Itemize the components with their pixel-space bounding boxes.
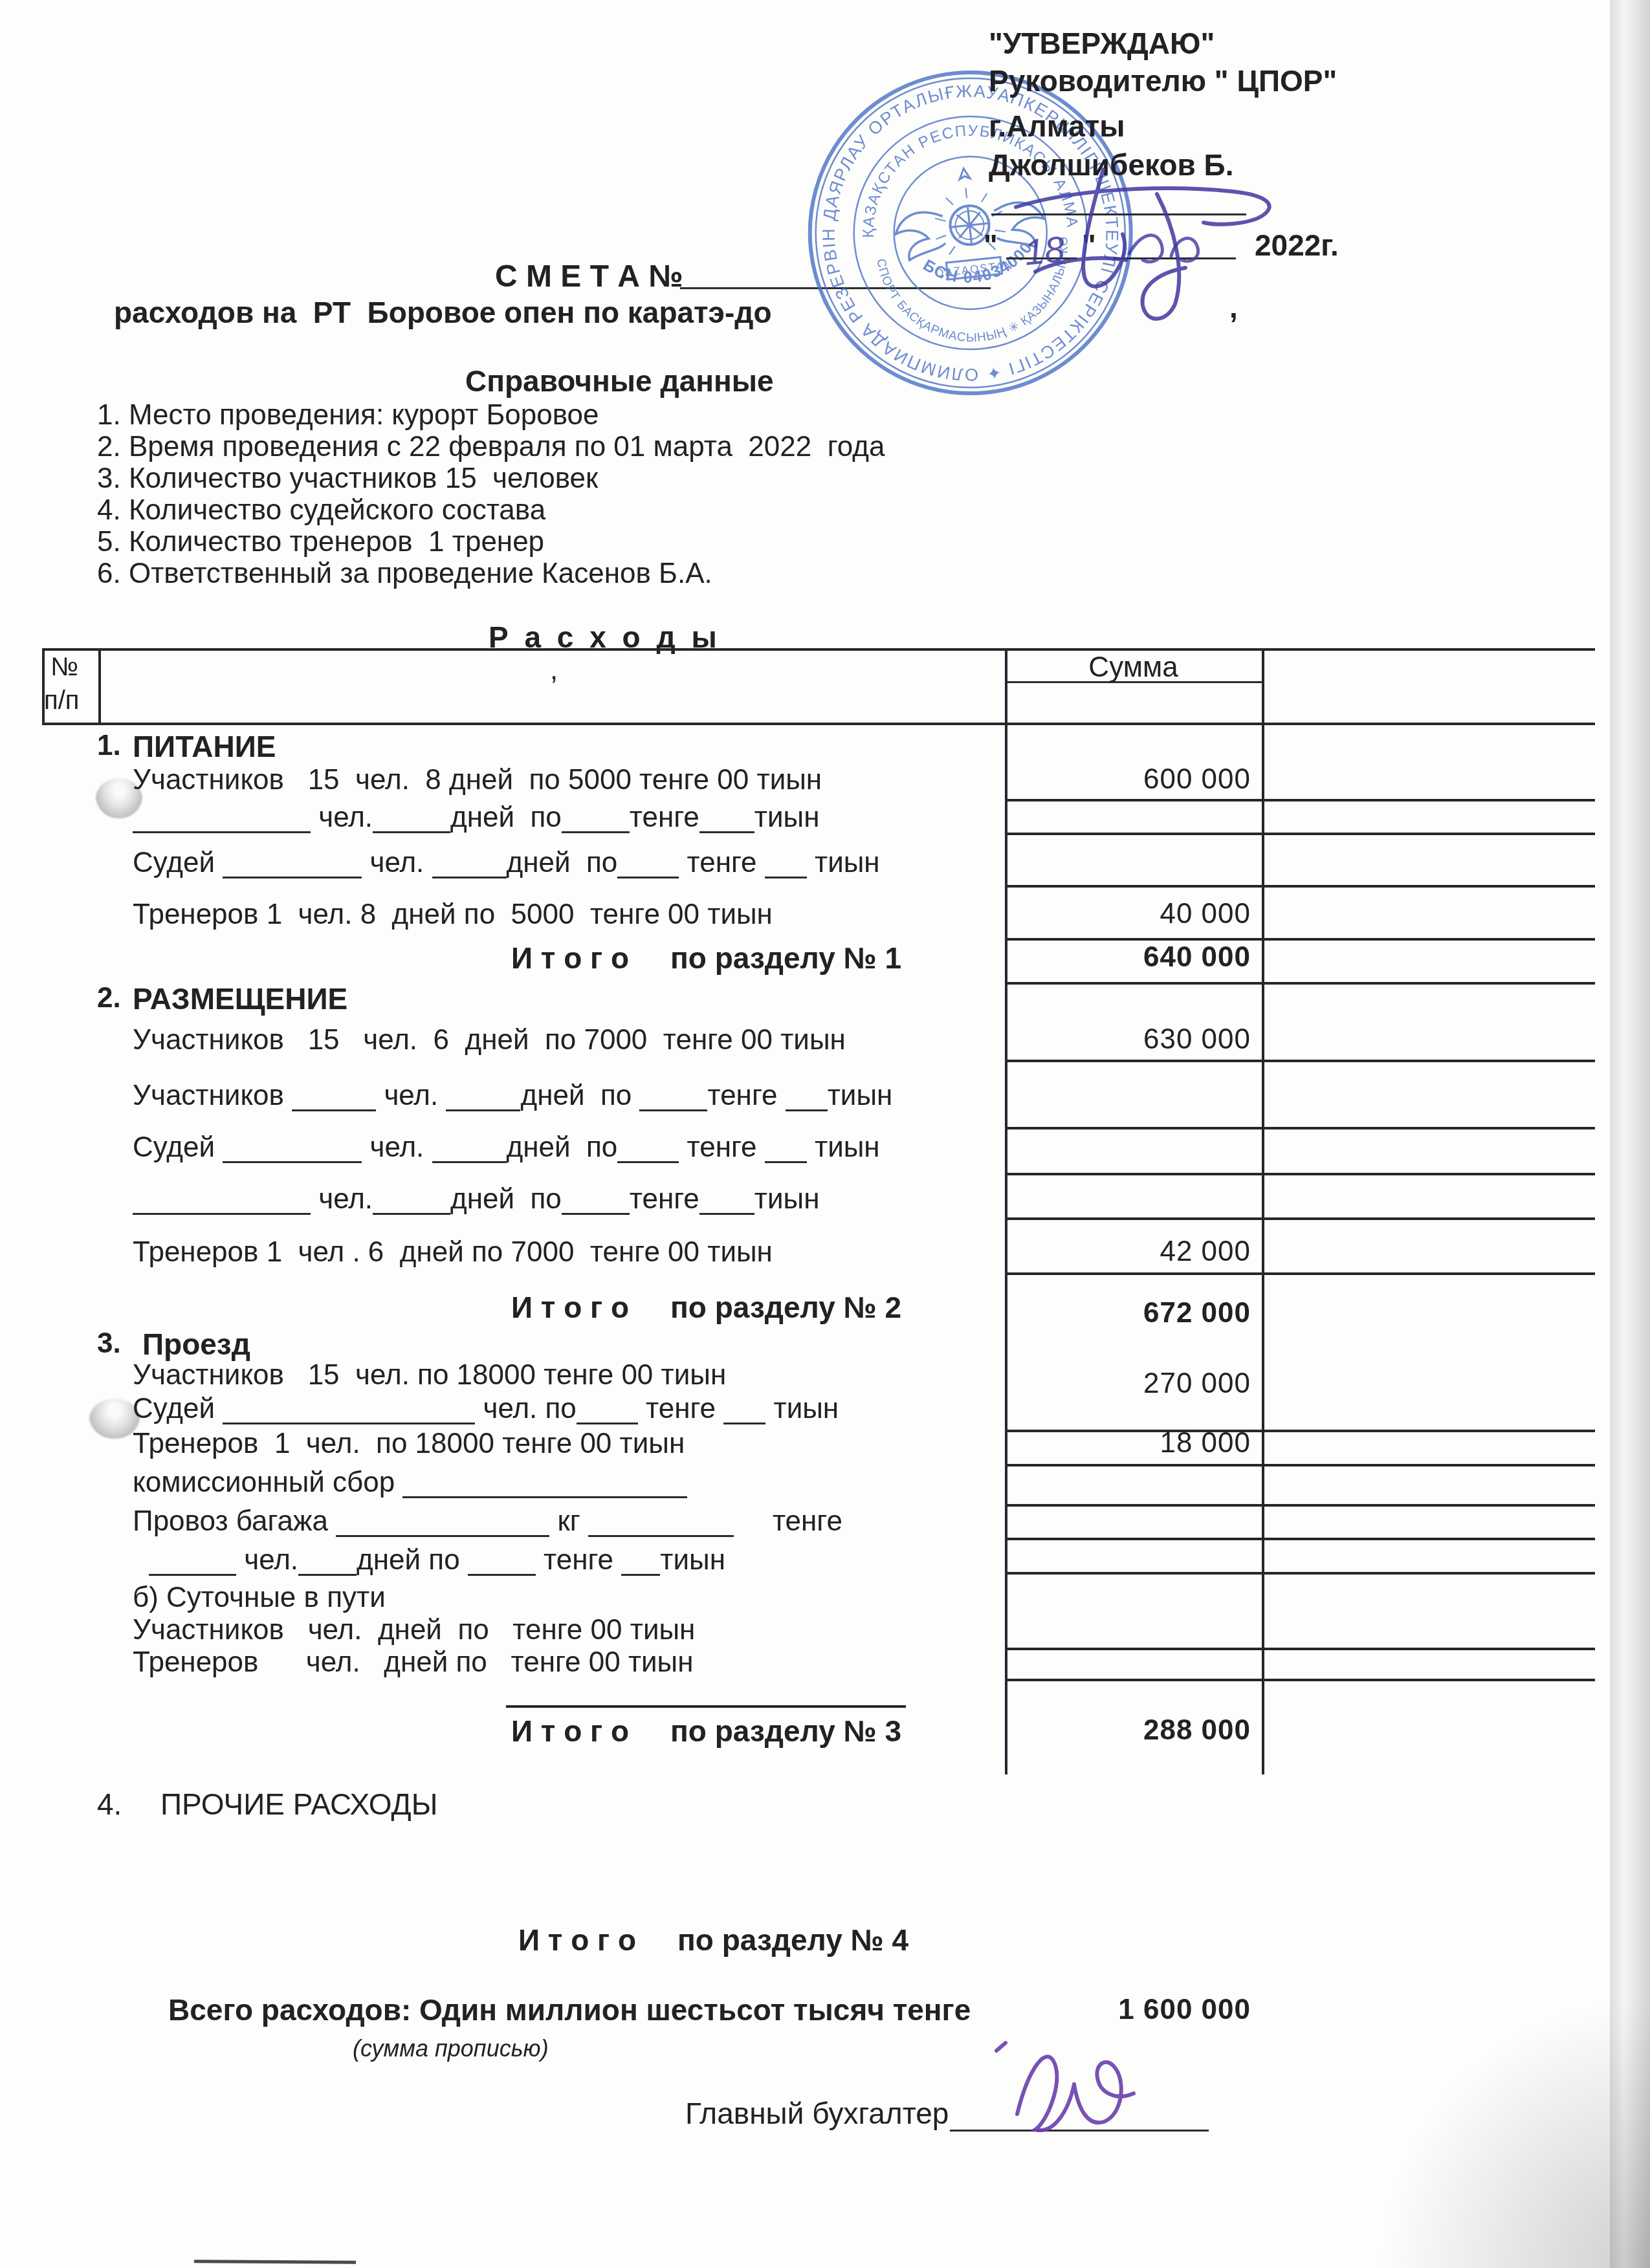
table-horizontal-line bbox=[42, 648, 1595, 651]
table-horizontal-line bbox=[42, 723, 1595, 725]
table-horizontal-line bbox=[1005, 799, 1595, 801]
table-horizontal-line bbox=[1005, 681, 1262, 683]
col-header-sum: Сумма bbox=[1005, 651, 1262, 684]
expense-row-amount: 40 000 bbox=[1011, 898, 1251, 930]
expense-row-amount: 672 000 bbox=[1011, 1297, 1251, 1329]
reference-item: 5. Количество тренеров 1 тренер bbox=[97, 525, 544, 559]
expense-row-text: чел.дней по тенге тиын bbox=[149, 1543, 725, 1577]
expense-row-text: ПИТАНИЕ bbox=[133, 730, 276, 763]
blank-underline bbox=[133, 1187, 311, 1215]
table-vertical-line bbox=[1005, 648, 1007, 1774]
scan-bottom-mark bbox=[194, 2260, 356, 2263]
table-horizontal-line bbox=[1005, 1127, 1595, 1129]
col-header-number-2: п/п bbox=[44, 686, 79, 715]
table-horizontal-line bbox=[1005, 982, 1595, 985]
expense-row-text: Участников 15 чел. 8 дней по 5000 тенге … bbox=[133, 763, 822, 797]
expense-row-text: Участников чел. дней по тенге 00 тиын bbox=[133, 1613, 695, 1647]
blank-underline bbox=[786, 1084, 828, 1111]
table-horizontal-line bbox=[1005, 1173, 1595, 1175]
blank-underline bbox=[617, 1135, 679, 1163]
table-horizontal-line bbox=[1005, 833, 1595, 835]
expense-row-number: 3. bbox=[97, 1327, 121, 1360]
approve-label: "УТВЕРЖДАЮ" bbox=[989, 26, 1215, 61]
reference-item: 4. Количество судейского состава bbox=[97, 494, 545, 527]
blank-underline bbox=[446, 1084, 520, 1111]
approve-addressee: Руководителю " ЦПОР" bbox=[989, 63, 1337, 98]
expense-row-amount: 270 000 bbox=[1011, 1368, 1251, 1400]
expense-row-amount: 630 000 bbox=[1011, 1023, 1251, 1056]
blank-underline bbox=[617, 851, 679, 878]
table-horizontal-line bbox=[1005, 1679, 1595, 1681]
expense-row-text: И т о г о по разделу № 2 bbox=[511, 1291, 901, 1324]
table-horizontal-line bbox=[1005, 1504, 1595, 1507]
table-horizontal-line bbox=[1005, 1648, 1595, 1650]
accountant-label: Главный бухгалтер bbox=[685, 2096, 949, 2131]
table-horizontal-line bbox=[1005, 885, 1595, 888]
reference-heading: Справочные данные bbox=[465, 364, 774, 398]
table-vertical-line bbox=[1262, 648, 1264, 1774]
expense-row-text: Тренеров 1 чел . 6 дней по 7000 тенге 00… bbox=[133, 1236, 773, 1269]
blank-underline bbox=[562, 1187, 630, 1215]
table-vertical-line bbox=[98, 648, 101, 723]
expense-row-text: Судей чел. дней по тенге тиын bbox=[133, 846, 880, 880]
grand-total-label: Всего расходов: Один миллион шестьсот ты… bbox=[168, 1992, 971, 2027]
table-stray-comma: , bbox=[550, 653, 558, 687]
blank-underline bbox=[298, 1548, 357, 1576]
blank-underline bbox=[133, 805, 311, 833]
blank-underline bbox=[765, 851, 807, 878]
itogo-section4: И т о г о по разделу № 4 bbox=[518, 1923, 908, 1957]
accountant-signature bbox=[958, 2012, 1191, 2154]
blank-underline bbox=[468, 1548, 536, 1576]
director-signature: 18 bbox=[938, 116, 1359, 330]
table-horizontal-line bbox=[1005, 938, 1595, 941]
expense-row-text: Судей чел. дней по тенге тиын bbox=[133, 1131, 880, 1164]
expense-row-amount: 288 000 bbox=[1011, 1714, 1251, 1747]
expense-row-text: РАЗМЕЩЕНИЕ bbox=[133, 982, 347, 1016]
blank-underline bbox=[699, 805, 754, 833]
table-horizontal-line bbox=[1005, 1060, 1595, 1062]
scan-edge-band bbox=[1610, 0, 1650, 2268]
reference-item: 2. Время проведения с 22 февраля по 01 м… bbox=[97, 430, 885, 464]
blank-underline bbox=[699, 1187, 754, 1215]
blank-underline bbox=[432, 851, 507, 878]
expense-row-text: Провоз багажа кг тенге bbox=[133, 1505, 842, 1538]
expense-row-amount: 640 000 bbox=[1011, 941, 1251, 974]
table-horizontal-line bbox=[1005, 1217, 1595, 1220]
table-horizontal-line bbox=[1005, 1272, 1595, 1275]
blank-underline bbox=[223, 851, 362, 878]
expense-row-text: Проезд bbox=[142, 1327, 250, 1361]
expense-row-text: И т о г о по разделу № 3 bbox=[511, 1714, 901, 1748]
expense-row-text: Участников 15 чел. по 18000 тенге 00 тиы… bbox=[133, 1358, 726, 1392]
expense-row-text: Тренеров чел. дней по тенге 00 тиын bbox=[133, 1646, 694, 1679]
blank-underline bbox=[621, 1548, 660, 1576]
expense-row-amount: 42 000 bbox=[1011, 1236, 1251, 1268]
document-page: ЖАУАПКЕРШІЛІГІ ШЕКТЕУЛІ СЕРІКТЕСТІГІ ✦ О… bbox=[0, 0, 1650, 2268]
blank-underline bbox=[373, 805, 450, 833]
blank-underline bbox=[402, 1470, 687, 1498]
table-horizontal-line bbox=[1005, 1572, 1595, 1575]
expense-row-text: Участников чел. дней по тенге тиын bbox=[133, 1079, 892, 1113]
handwritten-day: 18 bbox=[1022, 228, 1067, 273]
scan-corner-shade bbox=[1378, 1996, 1650, 2268]
table-horizontal-line bbox=[1005, 1538, 1595, 1540]
expense-row-amount: 600 000 bbox=[1011, 763, 1251, 796]
reference-item: 3. Количество участников 15 человек bbox=[97, 462, 598, 496]
expense-row-text: Тренеров 1 чел. по 18000 тенге 00 тиын bbox=[133, 1427, 685, 1461]
page-title: С М Е Т А № bbox=[495, 259, 683, 295]
expense-row-text: И т о г о по разделу № 1 bbox=[511, 941, 901, 975]
blank-gap bbox=[734, 1524, 773, 1531]
expense-row-text: чел.дней потенгетиын bbox=[133, 1183, 819, 1216]
table-horizontal-line bbox=[1005, 1464, 1595, 1467]
blank-underline bbox=[432, 1135, 507, 1163]
section4-number: 4. bbox=[97, 1787, 122, 1822]
blank-underline bbox=[588, 1509, 734, 1537]
expense-row-text: чел.дней потенгетиын bbox=[133, 801, 819, 834]
section4-title: ПРОЧИЕ РАСХОДЫ bbox=[160, 1787, 437, 1822]
blank-underline bbox=[373, 1187, 450, 1215]
expense-row-text: Тренеров 1 чел. 8 дней по 5000 тенге 00 … bbox=[133, 898, 773, 932]
blank-underline bbox=[292, 1084, 376, 1111]
expense-row-amount: 18 000 bbox=[1011, 1427, 1251, 1459]
expense-row-text: Участников 15 чел. 6 дней по 7000 тенге … bbox=[133, 1023, 846, 1057]
table-vertical-line bbox=[42, 648, 45, 723]
reference-item: 1. Место проведения: курорт Боровое bbox=[97, 398, 599, 432]
blank-underline bbox=[223, 1397, 475, 1424]
col-header-number: № bbox=[50, 652, 78, 682]
amount-in-words-note: (сумма прописью) bbox=[353, 2035, 549, 2062]
blank-underline bbox=[149, 1548, 236, 1576]
expense-row-text: комиссионный сбор bbox=[133, 1466, 687, 1499]
blank-underline bbox=[639, 1084, 707, 1111]
blank-underline bbox=[723, 1397, 765, 1424]
blank-underline bbox=[336, 1509, 549, 1537]
blank-underline bbox=[577, 1397, 638, 1424]
expense-row-text: б) Суточные в пути bbox=[133, 1581, 386, 1615]
reference-item: 6. Ответственный за проведение Касенов Б… bbox=[97, 557, 712, 591]
blank-underline bbox=[562, 805, 630, 833]
table-horizontal-line bbox=[506, 1705, 906, 1708]
blank-underline bbox=[223, 1135, 362, 1163]
expense-row-number: 1. bbox=[97, 730, 121, 762]
expense-row-text: Судей чел. по тенге тиын bbox=[133, 1392, 839, 1426]
page-subtitle: расходов на РТ Боровое опен по каратэ-до bbox=[114, 295, 772, 330]
blank-underline bbox=[765, 1135, 807, 1163]
expense-row-number: 2. bbox=[97, 982, 121, 1014]
